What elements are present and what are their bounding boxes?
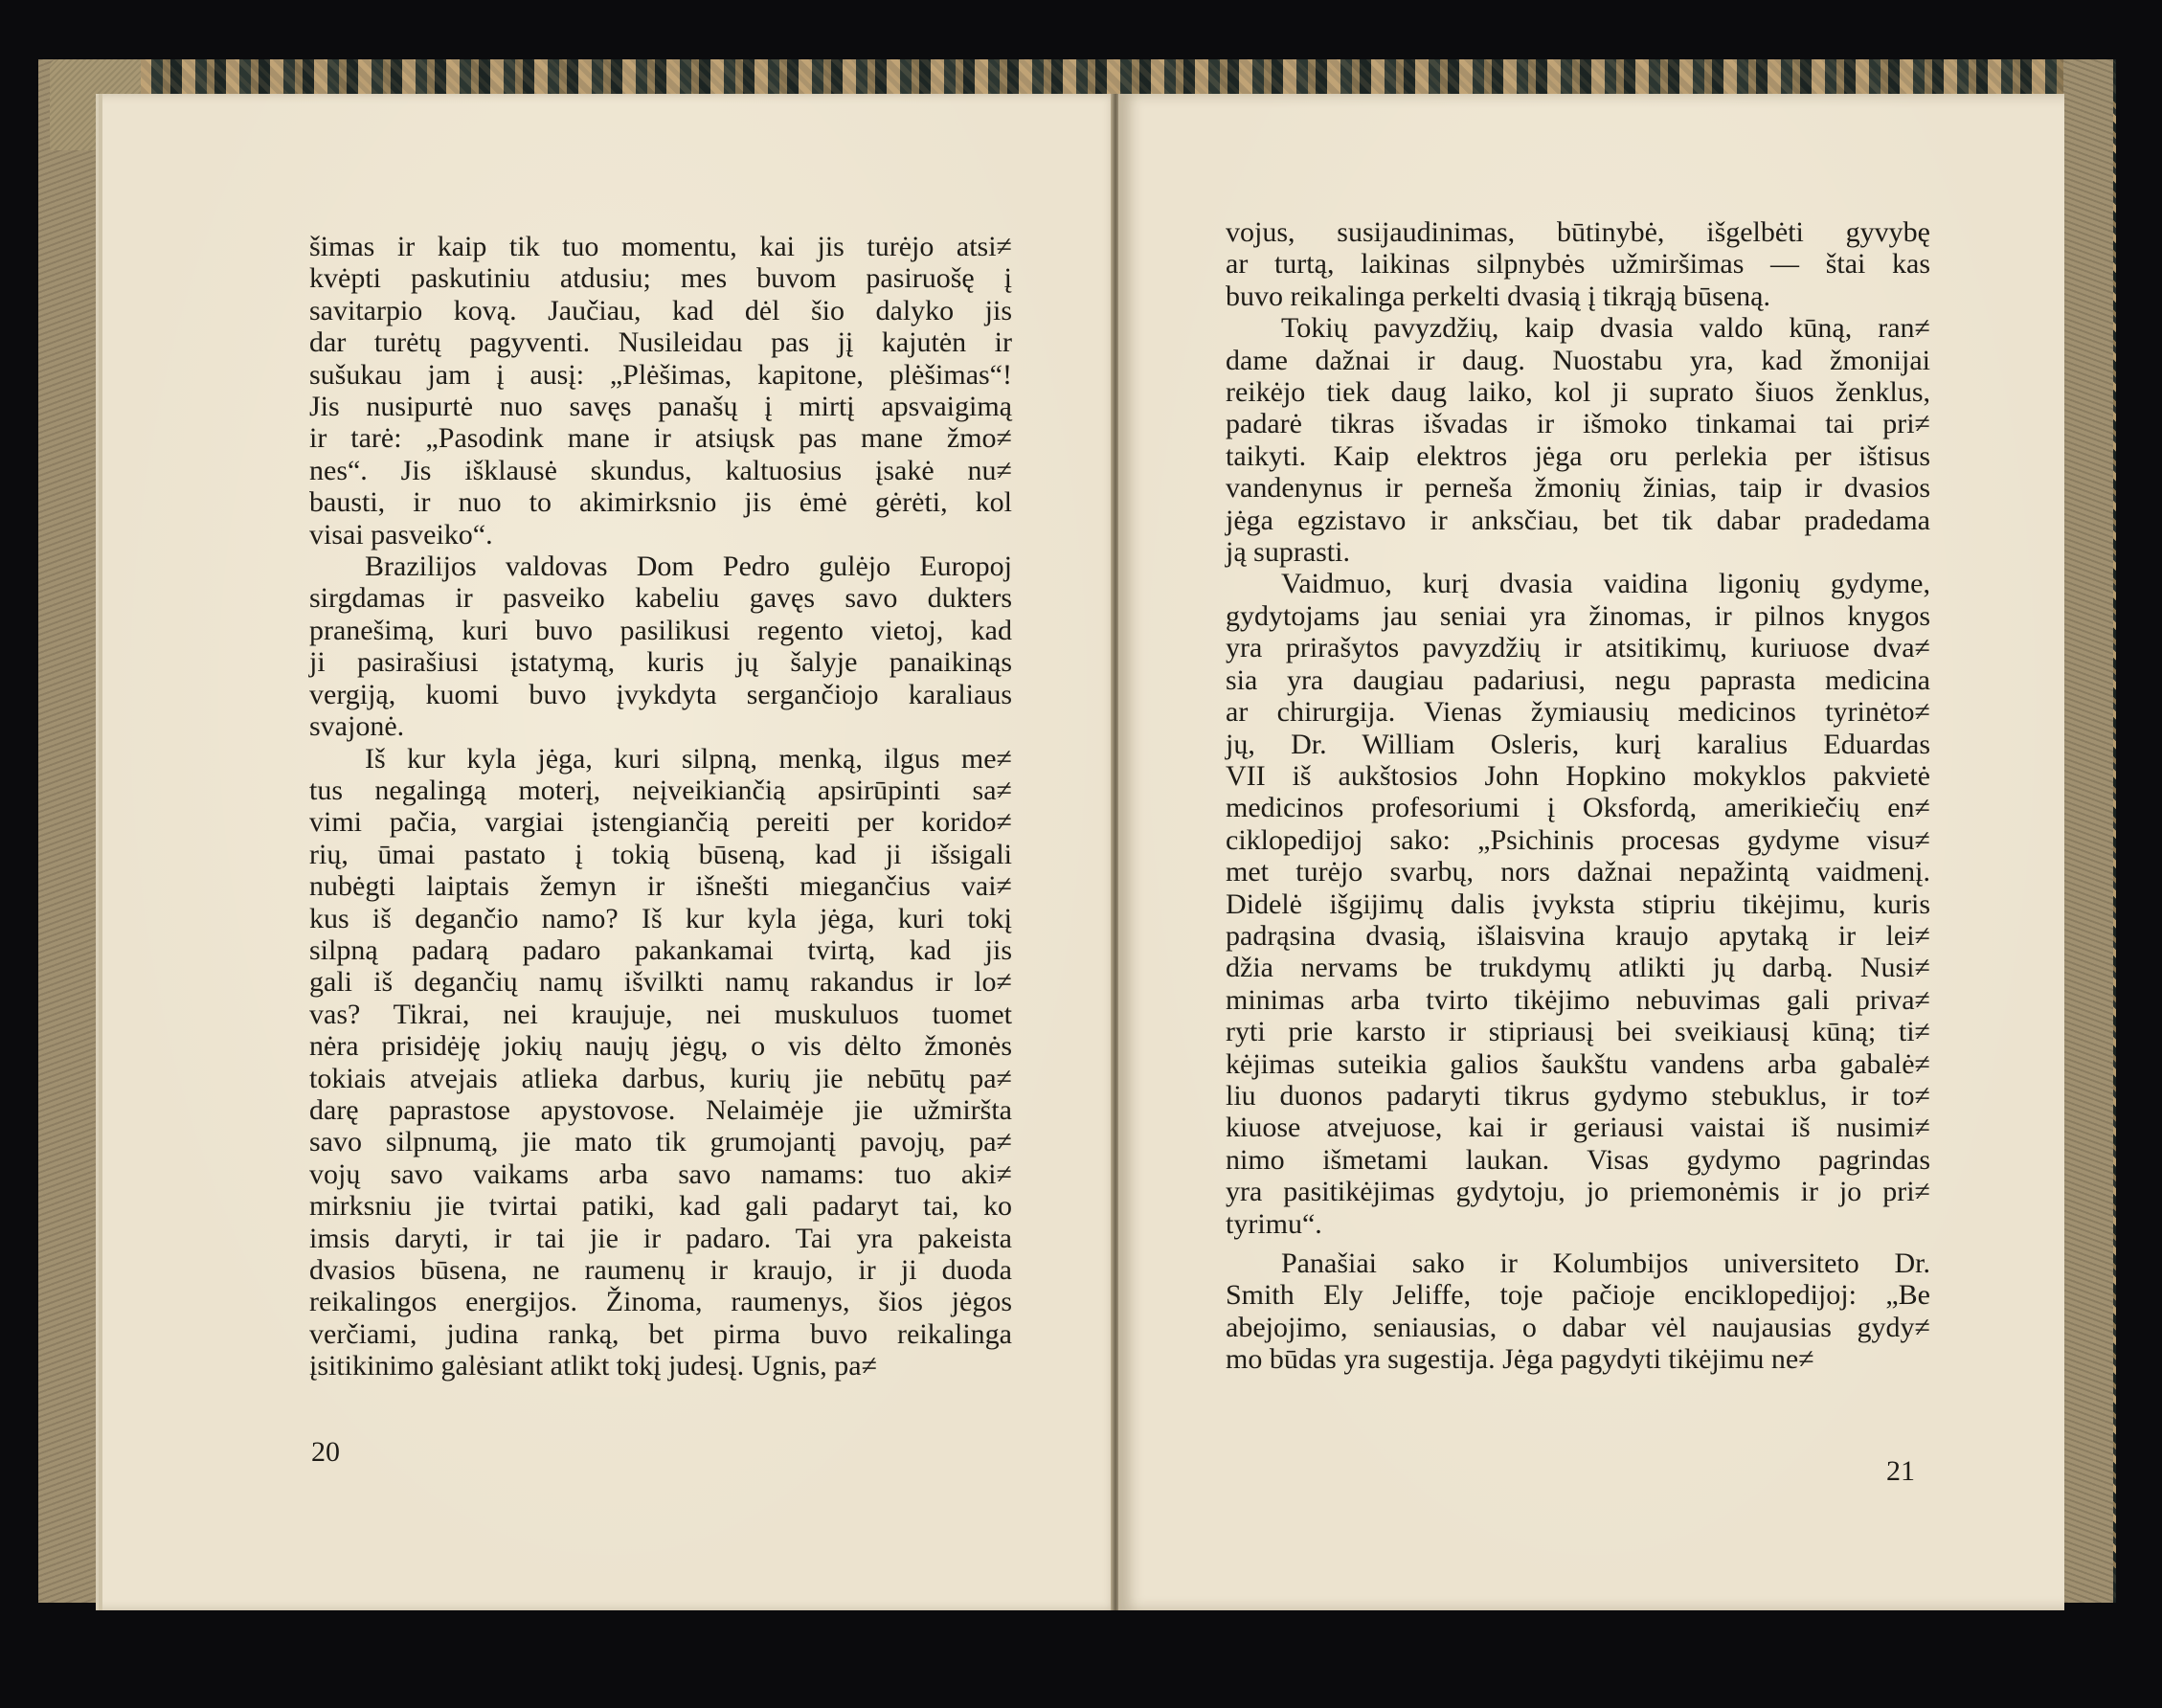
cloth-spine-left xyxy=(38,59,98,1603)
text-line: verčiami, judina ranką, bet pirma buvo r… xyxy=(309,1318,1012,1350)
text-line: pranešimą, kuri buvo pasilikusi regento … xyxy=(309,615,1012,646)
paragraph: Tokių pavyzdžių, kaip dvasia valdo kūną,… xyxy=(1226,312,1930,568)
text-line: savo silpnumą, jie mato tik grumojantį p… xyxy=(309,1126,1012,1157)
text-line: kvėpti paskutiniu atdusiu; mes buvom pas… xyxy=(309,262,1012,294)
text-line: abejojimo, seniausias, o dabar vėl nauja… xyxy=(1226,1312,1930,1343)
text-line: medicinos profesoriumi į Oksfordą, ameri… xyxy=(1226,792,1930,823)
page-number-left: 20 xyxy=(311,1436,340,1469)
paragraph: vojus, susijaudinimas, būtinybė, išgelbė… xyxy=(1226,216,1930,312)
text-line: yra prirašytos pavyzdžių ir atsitikimų, … xyxy=(1226,632,1930,663)
text-line: sušukau jam į ausį: „Plėšimas, kapitone,… xyxy=(309,359,1012,391)
left-page: šimas ir kaip tik tuo momentu, kai jis t… xyxy=(96,94,1118,1610)
text-line: savitarpio kovą. Jaučiau, kad dėl šio da… xyxy=(309,295,1012,326)
text-line: jėga egzistavo ir anksčiau, bet tik daba… xyxy=(1226,505,1930,536)
text-line: minimas arba tvirto tikėjimo nebuvimas g… xyxy=(1226,984,1930,1016)
text-line: vojų savo vaikams arba savo namams: tuo … xyxy=(309,1158,1012,1190)
text-line: dame dažnai ir daug. Nuostabu yra, kad ž… xyxy=(1226,345,1930,376)
text-line: jų, Dr. William Osleris, kurį karalius E… xyxy=(1226,729,1930,760)
right-page-body: vojus, susijaudinimas, būtinybė, išgelbė… xyxy=(1226,216,1930,1376)
text-line: visai pasveiko“. xyxy=(309,519,1012,551)
text-line: ir tarė: „Pasodink mane ir atsiųsk pas m… xyxy=(309,422,1012,454)
text-line: buvo reikalinga perkelti dvasią į tikrąj… xyxy=(1226,281,1930,312)
text-line: mirksniu jie tvirtai patiki, kad gali pa… xyxy=(309,1190,1012,1222)
text-line: Didelė išgijimų dalis įvyksta stipriu ti… xyxy=(1226,888,1930,920)
text-line: reikalingos energijos. Žinoma, raumenys,… xyxy=(309,1286,1012,1317)
text-line: džia nervams be trukdymų atlikti jų darb… xyxy=(1226,952,1930,983)
text-line: imsis daryti, ir tai jie ir padaro. Tai … xyxy=(309,1223,1012,1254)
text-line: Smith Ely Jeliffe, toje pačioje enciklop… xyxy=(1226,1279,1930,1311)
text-line: įsitikinimo galėsiant atlikt tokį judesį… xyxy=(309,1350,1012,1382)
text-line: reikėjo tiek daug laiko, kol ji suprato … xyxy=(1226,376,1930,408)
text-line: Tokių pavyzdžių, kaip dvasia valdo kūną,… xyxy=(1226,312,1930,344)
marbled-cover-top xyxy=(50,59,2116,96)
text-line: nes“. Jis išklausė skundus, kaltuosius į… xyxy=(309,455,1012,486)
paragraph-gap xyxy=(1226,1240,1930,1247)
cloth-spine-right xyxy=(2063,59,2113,1603)
text-line: vandenynus ir perneša žmonių žinias, tai… xyxy=(1226,472,1930,504)
paragraph: Brazilijos valdovas Dom Pedro gulėjo Eur… xyxy=(309,551,1012,742)
right-page: vojus, susijaudinimas, būtinybė, išgelbė… xyxy=(1118,94,2064,1610)
text-line: bausti, ir nuo to akimirksnio jis ėmė gė… xyxy=(309,486,1012,518)
text-line: sia yra daugiau padariusi, negu paprasta… xyxy=(1226,664,1930,696)
text-line: ar chirurgija. Vienas žymiausių medicino… xyxy=(1226,696,1930,728)
text-line: nimo išmetami laukan. Visas gydymo pagri… xyxy=(1226,1144,1930,1176)
text-line: svajonė. xyxy=(309,710,1012,742)
text-line: darę paprastose apystovose. Nelaimėje ji… xyxy=(309,1094,1012,1126)
text-line: taikyti. Kaip elektros jėga oru perlekia… xyxy=(1226,440,1930,472)
text-line: padrąsina dvasią, išlaisvina kraujo apyt… xyxy=(1226,920,1930,952)
text-line: ryti prie karsto ir stipriausį bei sveik… xyxy=(1226,1016,1930,1047)
text-line: dar turėtų pagyventi. Nusileidau pas jį … xyxy=(309,326,1012,358)
text-line: Brazilijos valdovas Dom Pedro gulėjo Eur… xyxy=(309,551,1012,582)
text-line: vergiją, kuomi buvo įvykdyta sergančiojo… xyxy=(309,679,1012,710)
text-line: tus negalingą moterį, neįveikiančią apsi… xyxy=(309,775,1012,806)
text-line: sirgdamas ir pasveiko kabeliu gavęs savo… xyxy=(309,582,1012,614)
text-line: liu duonos padaryti tikrus gydymo stebuk… xyxy=(1226,1080,1930,1112)
text-line: kėjimas suteikia galios šaukštu vandens … xyxy=(1226,1048,1930,1080)
text-line: yra pasitikėjimas gydytoju, jo priemonėm… xyxy=(1226,1176,1930,1207)
left-page-body: šimas ir kaip tik tuo momentu, kai jis t… xyxy=(309,231,1012,1382)
paragraph: Iš kur kyla jėga, kuri silpną, menką, il… xyxy=(309,743,1012,1382)
paragraph: Vaidmuo, kurį dvasia vaidina ligonių gyd… xyxy=(1226,568,1930,1240)
text-line: Jis nusipurtė nuo savęs panašų į mirtį a… xyxy=(309,391,1012,422)
text-line: šimas ir kaip tik tuo momentu, kai jis t… xyxy=(309,231,1012,262)
text-line: ciklopedijoj sako: „Psichinis procesas g… xyxy=(1226,824,1930,856)
text-line: nėra prisidėję jokių naujų jėgų, o vis d… xyxy=(309,1030,1012,1062)
text-line: nubėgti laiptais žemyn ir išnešti miegan… xyxy=(309,870,1012,902)
text-line: tyrimu“. xyxy=(1226,1208,1930,1240)
text-line: vojus, susijaudinimas, būtinybė, išgelbė… xyxy=(1226,216,1930,248)
text-line: rių, ūmai pastato į tokią būseną, kad ji… xyxy=(309,839,1012,870)
text-line: silpną padarą padaro pakankamai tvirtą, … xyxy=(309,934,1012,966)
text-line: gydytojams jau seniai yra žinomas, ir pi… xyxy=(1226,600,1930,632)
text-line: mo būdas yra sugestija. Jėga pagydyti ti… xyxy=(1226,1343,1930,1375)
text-line: vas? Tikrai, nei kraujuje, nei muskuluos… xyxy=(309,999,1012,1030)
text-line: dvasios būsena, ne raumenų ir kraujo, ir… xyxy=(309,1254,1012,1286)
page-number-right: 21 xyxy=(1886,1455,1915,1488)
text-line: VII iš aukštosios John Hopkino mokyklos … xyxy=(1226,760,1930,792)
text-line: Vaidmuo, kurį dvasia vaidina ligonių gyd… xyxy=(1226,568,1930,599)
text-line: kiuose atvejuose, kai ir geriausi vaista… xyxy=(1226,1112,1930,1143)
text-line: vimi pačia, vargiai įstengiančią pereiti… xyxy=(309,806,1012,838)
text-line: Panašiai sako ir Kolumbijos universiteto… xyxy=(1226,1247,1930,1279)
text-line: ji pasirašiusi įstatymą, kuris jų šalyje… xyxy=(309,646,1012,678)
text-line: kus iš degančio namo? Iš kur kyla jėga, … xyxy=(309,903,1012,934)
text-line: ar turtą, laikinas silpnybės užmiršimas … xyxy=(1226,248,1930,280)
text-line: padarė tikras išvadas ir išmoko tinkamai… xyxy=(1226,408,1930,439)
text-line: ją suprasti. xyxy=(1226,536,1930,568)
paragraph: Panašiai sako ir Kolumbijos universiteto… xyxy=(1226,1247,1930,1376)
paragraph: šimas ir kaip tik tuo momentu, kai jis t… xyxy=(309,231,1012,551)
text-line: gali iš degančių namų išvilkti namų raka… xyxy=(309,966,1012,998)
text-line: tokiais atvejais atlieka darbus, kurių j… xyxy=(309,1063,1012,1094)
text-line: met turėjo svarbų, nors dažnai nepažintą… xyxy=(1226,856,1930,888)
text-line: Iš kur kyla jėga, kuri silpną, menką, il… xyxy=(309,743,1012,775)
